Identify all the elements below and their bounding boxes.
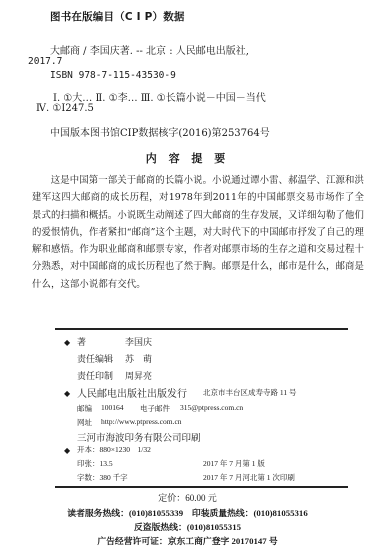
bullet-icon: ◆ [64, 338, 70, 347]
editor-label: 责任编辑 [77, 352, 113, 365]
cip-isbn: ISBN 978-7-115-43530-9 [50, 70, 176, 81]
divider-bottom [55, 486, 348, 488]
author-name: 李国庆 [125, 335, 152, 348]
editor-name: 苏 萌 [125, 352, 152, 365]
author-label: 著 [77, 335, 86, 348]
printer-name: 三河市海波印务有限公司印刷 [77, 430, 201, 444]
cip-classification: Ⅰ. ①大… Ⅱ. ①李… Ⅲ. ①长篇小说－中国－当代 [53, 89, 266, 104]
cip-classification-number: Ⅳ. ①I247.5 [36, 103, 94, 114]
summary-text: 这是中国第一部关于邮商的长篇小说。小说通过谭小雷、郝温学、江源和洪建军这四大邮商… [32, 172, 364, 293]
advertising-license: 广告经营许可证：京东工商广登字 20170147 号 [0, 534, 375, 547]
publisher-address: 北京市丰台区成寿寺路 11 号 [203, 387, 296, 398]
summary-title: 内 容 提 要 [0, 150, 375, 166]
website-url: http://www.ptpress.com.cn [101, 417, 182, 426]
printing-info: 2017 年 7 月河北第 1 次印刷 [203, 472, 295, 483]
divider-top [55, 328, 348, 330]
format-spec: 开本：880×1230 1/32 [77, 444, 151, 455]
website-label: 网址 [77, 417, 92, 428]
sheets-spec: 印张：13.5 [77, 458, 113, 469]
publisher-name: 人民邮电出版社出版发行 [77, 385, 187, 400]
postcode-value: 100164 [101, 403, 124, 412]
cip-verification: 中国版本图书馆CIP数据核字(2016)第253764号 [50, 124, 270, 139]
email-label: 电子邮件 [140, 403, 170, 414]
edition-info: 2017 年 7 月第 1 版 [203, 458, 265, 469]
cip-title: 图书在版编目（C I P）数据 [50, 9, 185, 24]
price: 定价：60.00 元 [0, 491, 375, 504]
bullet-icon: ◆ [64, 389, 70, 398]
hotlines: 读者服务热线：(010)81055339 印装质量热线：(010)8105531… [0, 506, 375, 519]
cip-year: 2017.7 [28, 56, 62, 67]
anti-piracy-hotline: 反盗版热线：(010)81055315 [0, 520, 375, 533]
postcode-label: 邮编 [77, 403, 92, 414]
email-value: 315@ptpress.com.cn [180, 403, 243, 412]
print-manager-label: 责任印制 [77, 369, 113, 382]
bullet-icon: ◆ [64, 446, 70, 455]
print-manager-name: 周昇亮 [125, 369, 152, 382]
cip-bibliographic-line: 大邮商 / 李国庆著. -- 北京 : 人民邮电出版社, [50, 42, 249, 57]
word-count: 字数：380 千字 [77, 472, 128, 483]
